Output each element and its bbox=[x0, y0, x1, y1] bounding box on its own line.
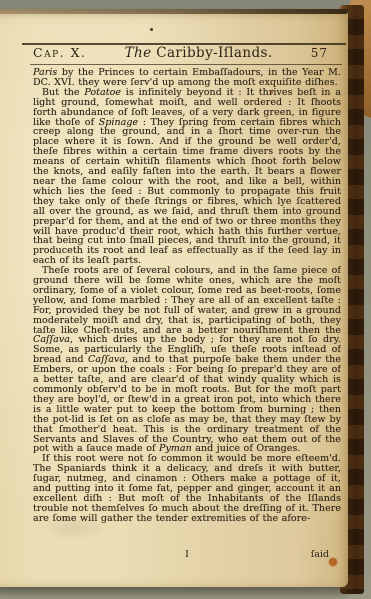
catchword: ſaid bbox=[311, 549, 329, 560]
signature-mark: I bbox=[33, 549, 341, 560]
page-text-layer: Cap. X. The Caribby-Iſlands. 57 Paris by… bbox=[0, 0, 371, 599]
chapter-label: Cap. X. bbox=[33, 45, 86, 60]
book-photo-stage: Cap. X. The Caribby-Iſlands. 57 Paris by… bbox=[0, 0, 371, 599]
paragraph: But the Potatoe is infinitely beyond it … bbox=[33, 88, 341, 266]
paragraph: Theſe roots are of ſeveral colours, and … bbox=[33, 266, 341, 454]
page-footer: I ſaid bbox=[33, 549, 341, 561]
paragraph: If this root were not ſo common it would… bbox=[33, 454, 341, 523]
paragraph: Paris by the Princes to certain Embaſſad… bbox=[33, 68, 341, 88]
header-rule-bottom bbox=[30, 64, 342, 65]
page-title: The Caribby-Iſlands. bbox=[125, 45, 273, 61]
page-number: 57 bbox=[311, 46, 340, 60]
body-text: Paris by the Princes to certain Embaſſad… bbox=[33, 68, 341, 548]
page-header: Cap. X. The Caribby-Iſlands. 57 bbox=[33, 45, 340, 61]
